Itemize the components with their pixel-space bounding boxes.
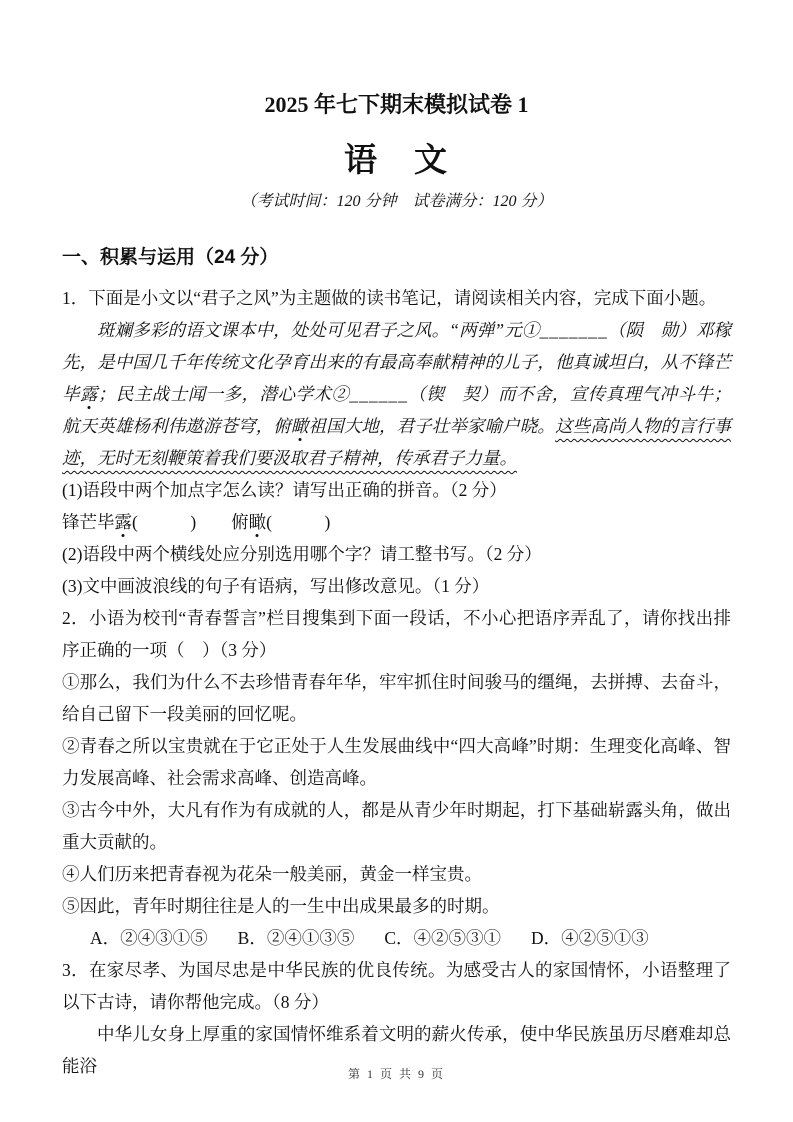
exam-paper-page: 2025 年七下期末模拟试卷 1 语 文 （考试时间：120 分钟 试卷满分：1…	[0, 0, 793, 1122]
fill-in-blank-1: _______	[539, 320, 607, 340]
dotted-character-kan: 瞰	[249, 512, 267, 532]
question-2-sentence-2: ②青春之所以宝贵就在于它正处于人生发展曲线中“四大高峰”时期：生理变化高峰、智力…	[62, 730, 731, 794]
option-b: B．②④①③⑤	[238, 928, 355, 948]
question-2-sentence-1: ①那么，我们为什么不去珍惜青春年华，牢牢抓住时间骏马的缰绳，去拼搏、去奋斗，给自…	[62, 666, 731, 730]
dotted-character-kan: 瞰	[291, 416, 309, 436]
exam-title: 2025 年七下期末模拟试卷 1	[62, 88, 731, 122]
pinyin-answer-paren-1: ( )	[132, 512, 196, 532]
page-number-footer: 第 1 页 共 9 页	[0, 1065, 793, 1082]
option-c: C．④②⑤③①	[384, 928, 501, 948]
section-one-heading: 一、积累与运用（24 分）	[62, 244, 731, 272]
exam-info-line: （考试时间：120 分钟 试卷满分：120 分）	[62, 190, 731, 214]
fill-in-blank-2: ______	[349, 384, 408, 404]
passage-segment: ；民主战士闻一多，潜心学术②	[98, 384, 349, 404]
dotted-character-lu: 露	[115, 512, 133, 532]
question-2-sentence-4: ④人们历来把青春视为花朵一般美丽，黄金一样宝贵。	[62, 858, 731, 890]
question-3-stem: 3．在家尽孝、为国尽忠是中华民族的优良传统。为感受古人的家国情怀，小语整理了以下…	[62, 954, 731, 1018]
question-1-sub-3: (3)文中画波浪线的句子有语病，写出修改意见。（1 分）	[62, 570, 731, 602]
question-2-sentence-5: ⑤因此，青年时期往往是人的一生中出成果最多的时期。	[62, 890, 731, 922]
question-1-pinyin-line: 锋芒毕露( )俯瞰( )	[62, 506, 731, 538]
option-a: A．②④③①⑤	[90, 928, 208, 948]
passage-segment: 祖国大地，君子壮举家喻户晓。	[309, 416, 556, 436]
pinyin-answer-paren-2: ( )	[266, 512, 330, 532]
question-2-stem: 2．小语为校刊“青春誓言”栏目搜集到下面一段话，不小心把语序弄乱了，请你找出排序…	[62, 602, 731, 666]
question-1-sub-1: (1)语段中两个加点字怎么读？请写出正确的拼音。（2 分）	[62, 474, 731, 506]
pinyin-word-2: 俯	[231, 512, 249, 532]
pinyin-word-1: 锋芒毕	[62, 512, 115, 532]
dotted-character-lu: 露	[80, 384, 98, 404]
question-1-sub-2: (2)语段中两个横线处应分别选用哪个字？请工整书写。（2 分）	[62, 538, 731, 570]
question-1-reading-passage: 斑斓多彩的语文课本中，处处可见君子之风。“两弹”元①_______（陨 勋）邓稼…	[62, 314, 731, 474]
question-2-sentence-3: ③古今中外，大凡有作为有成就的人，都是从青少年时期起，打下基础崭露头角，做出重大…	[62, 794, 731, 858]
option-d: D．④②⑤①③	[531, 928, 649, 948]
question-1-stem: 1．下面是小文以“君子之风”为主题做的读书笔记，请阅读相关内容，完成下面小题。	[62, 282, 731, 314]
question-2-options: A．②④③①⑤B．②④①③⑤C．④②⑤③①D．④②⑤①③	[62, 922, 731, 954]
passage-segment: 斑斓多彩的语文课本中，处处可见君子之风。“两弹”元①	[97, 320, 539, 340]
subject-title: 语 文	[62, 138, 731, 184]
